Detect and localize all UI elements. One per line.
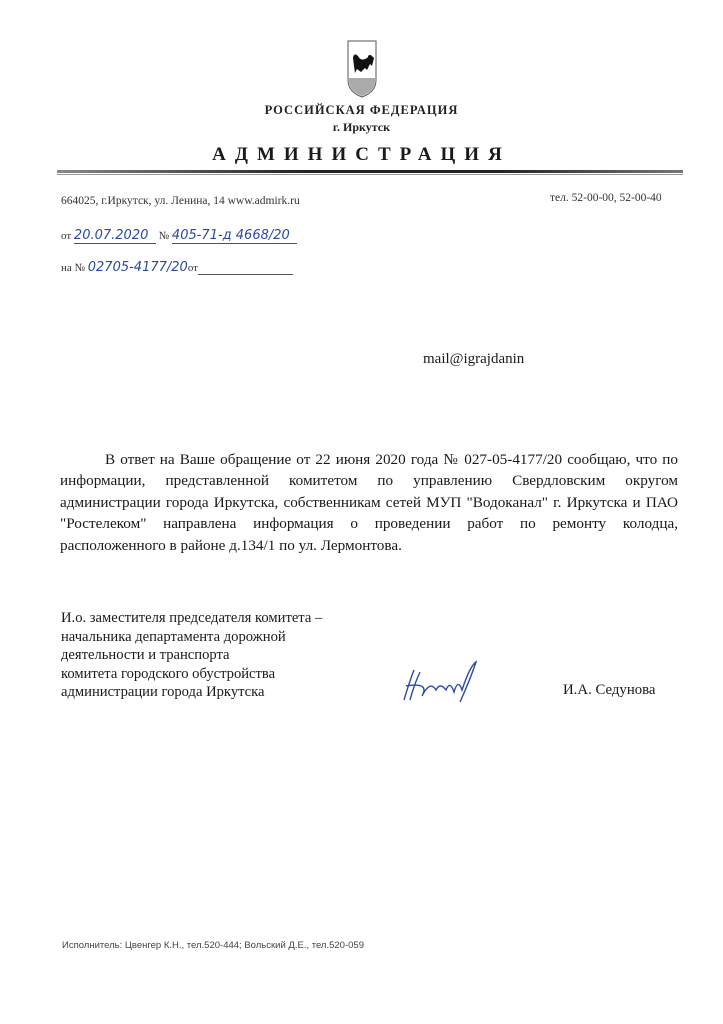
- to-from-label: от: [188, 262, 198, 274]
- outgoing-date: 20.07.2020: [74, 228, 156, 244]
- city-title: г. Иркутск: [0, 120, 723, 135]
- signature-icon: [400, 660, 480, 705]
- phone: тел. 52-00-00, 52-00-40: [550, 192, 662, 204]
- header-rule: [57, 170, 683, 173]
- outgoing-reference: от 20.07.2020 № 405-71-д 4668/20: [61, 228, 297, 244]
- blank-line: [198, 262, 293, 275]
- header-rule-thin: [57, 174, 683, 175]
- executor-note: Исполнитель: Цвенгер К.Н., тел.520-444; …: [62, 940, 364, 951]
- coat-of-arms-icon: [347, 40, 377, 98]
- signatory-name: И.А. Седунова: [563, 682, 656, 699]
- signatory-title: И.о. заместителя председателя комитета –…: [61, 609, 322, 702]
- country-title: РОССИЙСКАЯ ФЕДЕРАЦИЯ: [0, 103, 723, 118]
- letter-body: В ответ на Ваше обращение от 22 июня 202…: [60, 449, 678, 556]
- recipient: mail@igrajdanin: [423, 351, 524, 368]
- incoming-number: 02705-4177/20: [88, 260, 188, 275]
- number-label: №: [159, 230, 170, 242]
- organization-title: АДМИНИСТРАЦИЯ: [0, 144, 723, 166]
- from-label: от: [61, 230, 71, 242]
- address: 664025, г.Иркутск, ул. Ленина, 14 www.ad…: [61, 195, 300, 207]
- to-label: на №: [61, 262, 85, 274]
- incoming-reference: на № 02705-4177/20от: [61, 260, 293, 275]
- body-paragraph: В ответ на Ваше обращение от 22 июня 202…: [60, 449, 678, 556]
- outgoing-number: 405-71-д 4668/20: [172, 228, 297, 244]
